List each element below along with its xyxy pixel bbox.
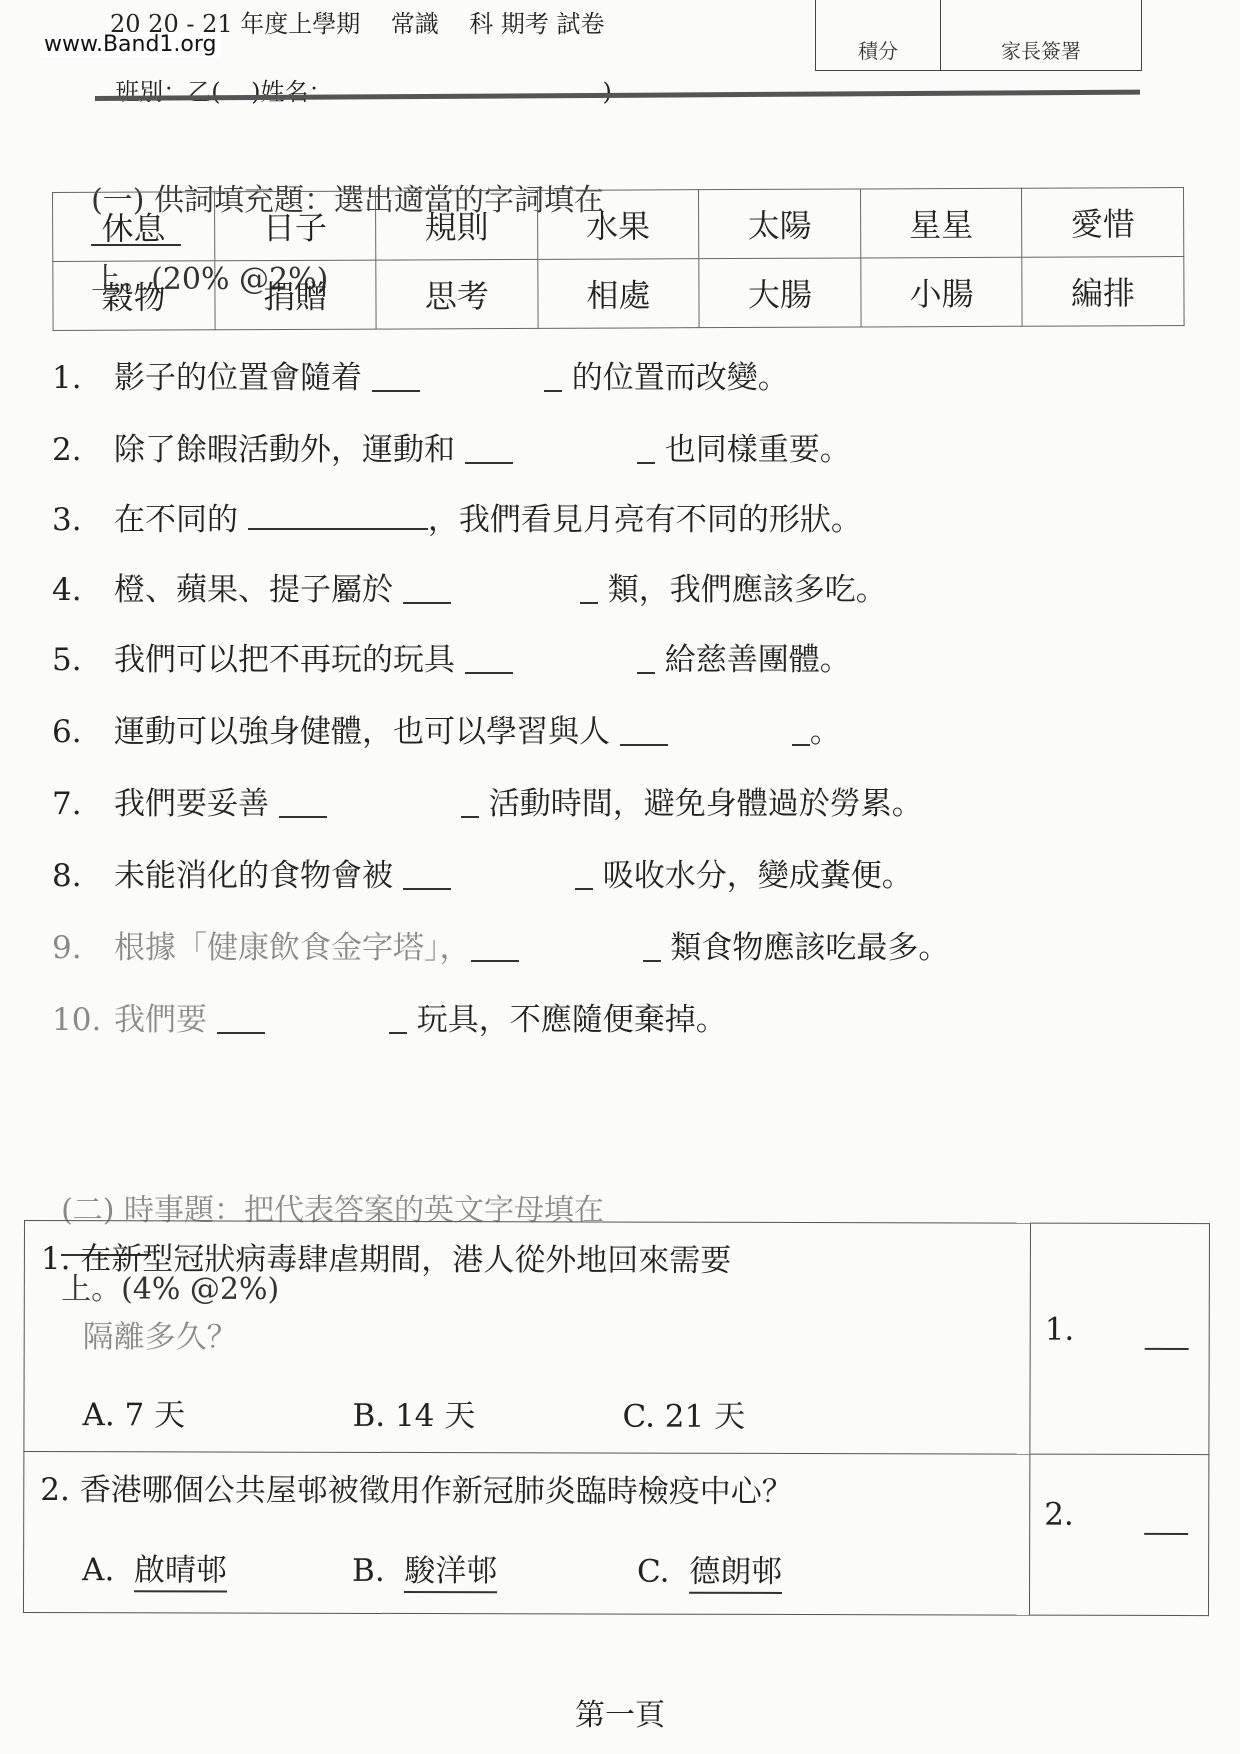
question-text: 運動可以強身健體，也可以學習與人	[114, 714, 620, 750]
answer-blank[interactable]	[248, 500, 428, 530]
question-8: 8.未能消化的食物會被 吸收水分，變成糞便。	[52, 850, 913, 895]
mc-question-row-2: 2. 香港哪個公共屋邨被徵用作新冠肺炎臨時檢疫中心？ A. 啟晴邨 B. 駿洋邨…	[23, 1452, 1208, 1616]
option-letter: C.	[637, 1554, 670, 1590]
word-cell: 休息	[53, 192, 215, 262]
question-9: 9.根據「健康飲食金字塔」， 類食物應該吃最多。	[52, 922, 949, 967]
word-cell: 愛惜	[1022, 188, 1184, 258]
answer-blank[interactable]	[372, 362, 562, 392]
question-4: 4.橙、蘋果、提子屬於 類，我們應該多吃。	[52, 564, 887, 609]
question-number: 10.	[52, 1002, 114, 1038]
word-cell: 規則	[376, 190, 538, 260]
answer-label: 2.	[1044, 1497, 1074, 1533]
option-text: 啟晴邨	[134, 1552, 227, 1592]
question-text: 2. 香港哪個公共屋邨被徵用作新冠肺炎臨時檢疫中心？	[40, 1464, 1029, 1547]
answer-line	[1144, 1533, 1188, 1535]
word-cell: 日子	[214, 191, 376, 261]
mc-question-row-1: 1. 在新型冠狀病毒肆虐期間，港人從外地回來需要 隔離多久？ A. 7 天 B.…	[24, 1221, 1210, 1455]
score-signature-box: 積分 家長簽署	[815, 0, 1142, 71]
option-b: B. 14 天	[352, 1390, 622, 1436]
question-text: 橙、蘋果、提子屬於	[114, 572, 403, 608]
question-2: 2.除了餘暇活動外，運動和 也同樣重要。	[52, 424, 851, 469]
word-bank-row: 休息 日子 規則 水果 太陽 星星 愛惜	[53, 188, 1184, 262]
parent-signature-label: 家長簽署	[1001, 35, 1081, 64]
question-number: 5.	[52, 642, 114, 678]
question-text: 我們可以把不再玩的玩具	[114, 642, 465, 678]
question-number: 4.	[52, 572, 114, 608]
word-bank-table: 休息 日子 規則 水果 太陽 星星 愛惜 穀物 捐贈 思考 相處 大腸 小腸 編…	[52, 187, 1185, 331]
option-a: A. 7 天	[82, 1389, 352, 1435]
question-text: 類，我們應該多吃。	[598, 572, 887, 608]
question-number: 1.	[52, 360, 114, 396]
option-letter: B.	[352, 1553, 385, 1589]
question-text: 影子的位置會隨着	[114, 360, 372, 396]
word-cell: 編排	[1022, 257, 1184, 327]
answer-blank[interactable]	[403, 860, 593, 890]
word-bank-row: 穀物 捐贈 思考 相處 大腸 小腸 編排	[53, 257, 1184, 331]
question-text: ，我們看見月亮有不同的形狀。	[428, 502, 862, 538]
class-name-label: 班別：乙( )姓名：	[115, 78, 332, 106]
mc-question-1: 1. 在新型冠狀病毒肆虐期間，港人從外地回來需要 隔離多久？ A. 7 天 B.…	[24, 1221, 1031, 1455]
question-text: 玩具，不應隨便棄掉。	[407, 1002, 727, 1038]
word-cell: 水果	[537, 190, 699, 260]
question-text: 除了餘暇活動外，運動和	[114, 432, 465, 468]
question-text: 類食物應該吃最多。	[661, 930, 950, 966]
question-text: 根據「健康飲食金字塔」，	[114, 930, 471, 966]
answer-blank[interactable]	[465, 434, 655, 464]
question-text: 。	[810, 714, 841, 750]
answer-line	[1145, 1348, 1189, 1350]
question-text: 在不同的	[114, 502, 248, 538]
parent-signature-cell[interactable]: 家長簽署	[941, 0, 1141, 70]
question-text: 吸收水分，變成糞便。	[593, 858, 913, 894]
score-cell[interactable]: 積分	[816, 0, 941, 70]
page-number: 第一頁	[0, 1690, 1240, 1734]
question-number: 9.	[52, 930, 114, 966]
answer-blank[interactable]	[465, 644, 655, 674]
question-text: 1. 在新型冠狀病毒肆虐期間，港人從外地回來需要	[41, 1233, 1030, 1314]
mc-question-2: 2. 香港哪個公共屋邨被徵用作新冠肺炎臨時檢疫中心？ A. 啟晴邨 B. 駿洋邨…	[23, 1452, 1029, 1616]
option-text: 駿洋邨	[404, 1553, 497, 1593]
option-letter: A.	[82, 1552, 114, 1588]
watermark: www.Band1.org	[40, 32, 221, 57]
option-c: C. 21 天	[622, 1391, 892, 1437]
question-text: 的位置而改變。	[562, 360, 789, 396]
options: A. 7 天 B. 14 天 C. 21 天	[40, 1389, 1029, 1437]
score-label: 積分	[858, 35, 898, 64]
option-a: A. 啟晴邨	[82, 1544, 352, 1590]
word-cell: 穀物	[53, 261, 215, 331]
word-cell: 相處	[537, 259, 699, 329]
answer-blank[interactable]	[279, 788, 479, 818]
question-text: 我們要妥善	[114, 786, 279, 822]
answer-blank[interactable]	[217, 1004, 407, 1034]
word-cell: 小腸	[861, 257, 1023, 327]
answer-cell-2[interactable]: 2.	[1029, 1454, 1208, 1615]
word-cell: 星星	[860, 188, 1022, 258]
question-text: 也同樣重要。	[655, 432, 851, 468]
question-text: 活動時間，避免身體過於勞累。	[479, 786, 923, 822]
question-3: 3.在不同的 ，我們看見月亮有不同的形狀。	[52, 494, 862, 539]
question-10: 10.我們要 玩具，不應隨便棄掉。	[52, 994, 727, 1039]
options: A. 啟晴邨 B. 駿洋邨 C. 德朗邨	[40, 1544, 1029, 1592]
question-number: 6.	[52, 714, 114, 750]
option-b: B. 駿洋邨	[352, 1545, 637, 1591]
word-cell: 捐贈	[214, 260, 376, 330]
question-7: 7.我們要妥善 活動時間，避免身體過於勞累。	[52, 778, 923, 823]
question-6: 6.運動可以強身健體，也可以學習與人 。	[52, 706, 841, 751]
option-c: C. 德朗邨	[637, 1546, 907, 1592]
answer-label: 1.	[1045, 1312, 1075, 1348]
question-number: 3.	[52, 502, 114, 538]
current-affairs-table: 1. 在新型冠狀病毒肆虐期間，港人從外地回來需要 隔離多久？ A. 7 天 B.…	[23, 1220, 1210, 1616]
question-text: 我們要	[114, 1002, 217, 1038]
answer-cell-1[interactable]: 1.	[1030, 1223, 1210, 1454]
question-text: 給慈善團體。	[655, 642, 851, 678]
question-number: 2.	[52, 432, 114, 468]
word-cell: 大腸	[699, 258, 861, 328]
question-5: 5.我們可以把不再玩的玩具 給慈善團體。	[52, 634, 851, 679]
answer-blank[interactable]	[403, 574, 598, 604]
question-1: 1.影子的位置會隨着 的位置而改變。	[52, 352, 789, 397]
answer-blank[interactable]	[471, 932, 661, 962]
question-text: 隔離多久？	[41, 1311, 1030, 1392]
answer-blank[interactable]	[620, 716, 810, 746]
option-text: 德朗邨	[689, 1554, 782, 1594]
word-cell: 思考	[376, 259, 538, 329]
question-number: 7.	[52, 786, 114, 822]
question-text: 未能消化的食物會被	[114, 858, 403, 894]
word-cell: 太陽	[699, 189, 861, 259]
question-number: 8.	[52, 858, 114, 894]
